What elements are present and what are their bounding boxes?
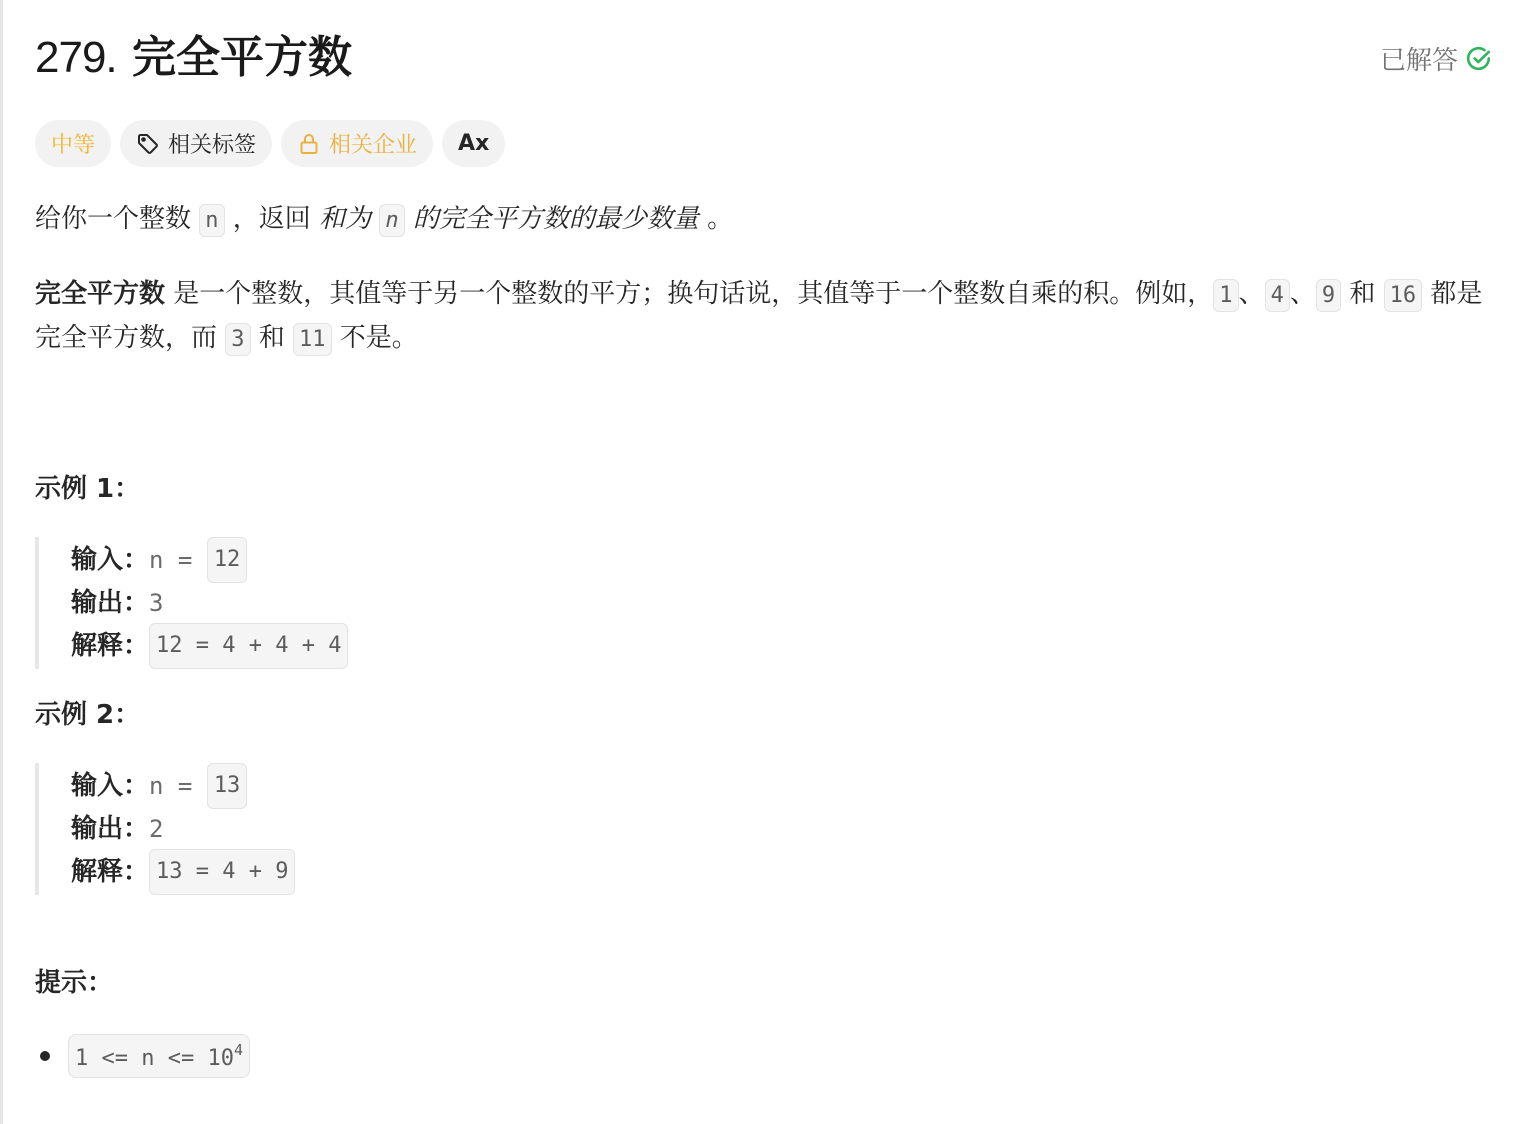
output-label: 输出： — [71, 809, 149, 849]
check-circle-icon — [1466, 46, 1492, 72]
example-1-explanation: 解释： 12 = 4 + 4 + 4 — [71, 623, 671, 669]
text: ，返回 — [225, 204, 320, 234]
explanation-value: 12 = 4 + 4 + 4 — [149, 623, 348, 669]
input-prefix: n = — [149, 540, 207, 580]
inline-code: 9 — [1316, 279, 1341, 312]
inline-code: 4 — [1265, 279, 1290, 312]
solved-label: 已解答 — [1380, 40, 1458, 77]
example-2-output: 输出： 2 — [71, 809, 671, 849]
explanation-value: 13 = 4 + 9 — [149, 849, 295, 895]
example-2-block: 输入： n = 13 输出： 2 解释： 13 = 4 + 9 — [35, 763, 671, 895]
text: 。 — [699, 204, 733, 234]
text: 、 — [1239, 279, 1265, 309]
translate-button[interactable]: Ax — [442, 120, 505, 167]
description-paragraph-1: 给你一个整数 n ，返回 和为 n 的完全平方数的最少数量 。 — [35, 198, 1492, 242]
example-2-heading: 示例 2： — [35, 694, 140, 731]
tag-row: 中等 相关标签 相关企业 Ax — [35, 120, 505, 167]
problem-name: 完全平方数 — [132, 32, 352, 83]
input-prefix: n = — [149, 766, 207, 806]
explanation-label: 解释： — [71, 852, 149, 892]
inline-code: 1 — [1213, 279, 1238, 312]
input-label: 输入： — [71, 540, 149, 580]
inline-code: 3 — [225, 323, 250, 356]
example-1-heading: 示例 1： — [35, 468, 140, 505]
example-2-explanation: 解释： 13 = 4 + 9 — [71, 849, 671, 895]
translate-icon: Ax — [458, 131, 489, 156]
related-tags-button[interactable]: 相关标签 — [120, 120, 272, 167]
input-value: 13 — [207, 763, 248, 809]
output-value: 3 — [149, 583, 163, 623]
difficulty-label: 中等 — [51, 128, 95, 159]
problem-title[interactable]: 279. 完全平方数 — [35, 28, 1492, 88]
output-value: 2 — [149, 809, 163, 849]
difficulty-badge[interactable]: 中等 — [35, 120, 111, 167]
related-companies-label: 相关企业 — [329, 128, 417, 159]
text: 的完全平方数的最少数量 — [405, 204, 699, 234]
panel-divider[interactable] — [0, 0, 3, 1124]
constraints-list: 1 <= n <= 104 — [35, 1034, 250, 1078]
example-1-output: 输出： 3 — [71, 583, 671, 623]
inline-code: n — [379, 204, 404, 237]
emphasis: 和为 n 的完全平方数的最少数量 — [319, 204, 699, 234]
lock-icon — [297, 132, 321, 156]
tag-icon — [136, 132, 160, 156]
inline-code: n — [199, 204, 224, 237]
bold-term: 完全平方数 — [35, 279, 165, 309]
example-1-input: 输入： n = 12 — [71, 537, 671, 583]
solved-status: 已解答 — [1380, 40, 1492, 77]
constraint-exponent: 4 — [234, 1041, 243, 1059]
explanation-label: 解释： — [71, 626, 149, 666]
inline-code: 11 — [293, 323, 332, 356]
text: 是一个整数，其值等于另一个整数的平方；换句话说，其值等于一个整数自乘的积。例如， — [165, 279, 1213, 309]
problem-number: 279. — [35, 33, 117, 82]
inline-code: 16 — [1384, 279, 1423, 312]
related-companies-button[interactable]: 相关企业 — [281, 120, 433, 167]
text: 、 — [1290, 279, 1316, 309]
bullet-icon — [40, 1051, 50, 1061]
text: 和 — [251, 323, 294, 353]
description-paragraph-2: 完全平方数 是一个整数，其值等于另一个整数的平方；换句话说，其值等于一个整数自乘… — [35, 273, 1492, 361]
text: 和 — [1341, 279, 1384, 309]
output-label: 输出： — [71, 583, 149, 623]
constraint-item: 1 <= n <= 104 — [68, 1034, 250, 1078]
input-label: 输入： — [71, 766, 149, 806]
text: 给你一个整数 — [35, 204, 199, 234]
constraints-heading: 提示： — [35, 962, 113, 999]
constraint-text: 1 <= n <= 10 — [75, 1046, 234, 1071]
text: 和为 — [319, 204, 379, 234]
text: 不是。 — [332, 323, 418, 353]
example-1-block: 输入： n = 12 输出： 3 解释： 12 = 4 + 4 + 4 — [35, 537, 671, 669]
example-2-input: 输入： n = 13 — [71, 763, 671, 809]
title-row: 279. 完全平方数 已解答 — [35, 28, 1492, 88]
related-tags-label: 相关标签 — [168, 128, 256, 159]
input-value: 12 — [207, 537, 248, 583]
